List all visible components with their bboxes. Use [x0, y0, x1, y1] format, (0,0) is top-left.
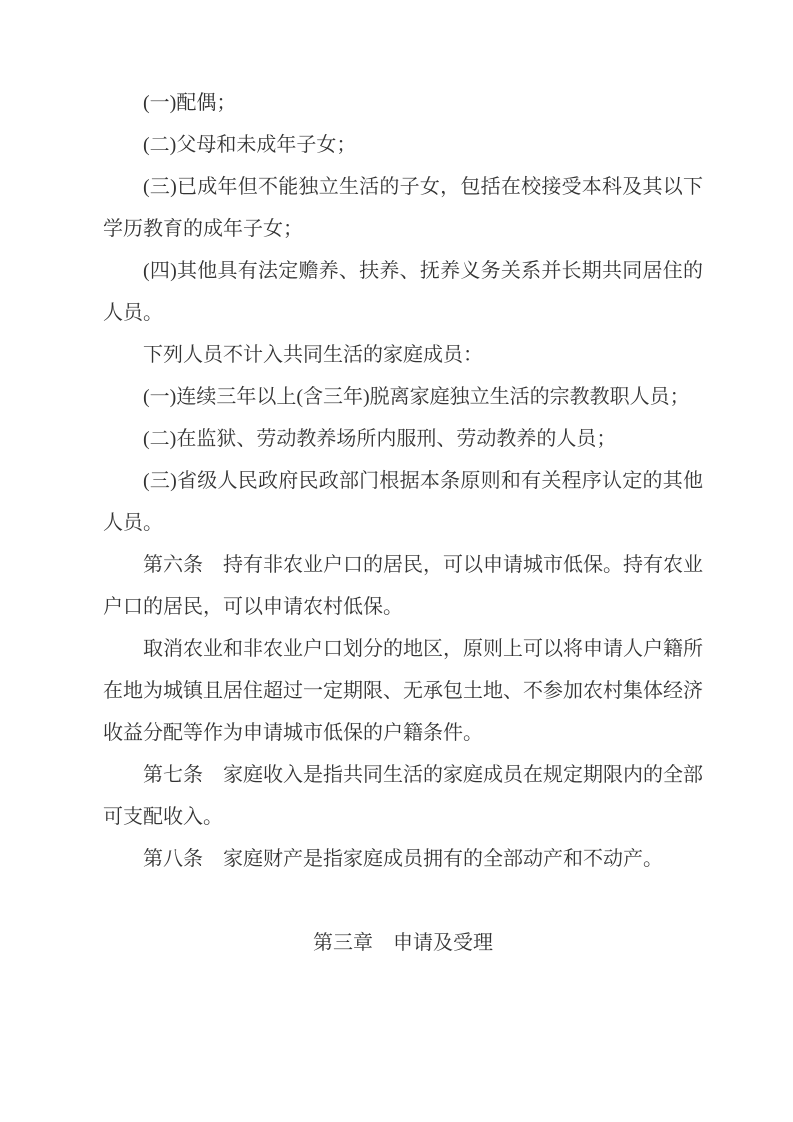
body-paragraph: (二)在监狱、劳动教养场所内服刑、劳动教养的人员；	[103, 418, 703, 460]
body-paragraph: 取消农业和非农业户口划分的地区，原则上可以将申请人户籍所在地为城镇且居住超过一定…	[103, 628, 703, 754]
body-paragraph: (一)配偶；	[103, 82, 703, 124]
document-page: (一)配偶； (二)父母和未成年子女； (三)已成年但不能独立生活的子女，包括在…	[0, 0, 793, 1122]
body-paragraph: (三)省级人民政府民政部门根据本条原则和有关程序认定的其他人员。	[103, 460, 703, 544]
body-paragraph: 第八条 家庭财产是指家庭成员拥有的全部动产和不动产。	[103, 838, 703, 880]
body-paragraph: 第六条 持有非农业户口的居民，可以申请城市低保。持有农业户口的居民，可以申请农村…	[103, 544, 703, 628]
body-paragraph: (三)已成年但不能独立生活的子女，包括在校接受本科及其以下学历教育的成年子女；	[103, 166, 703, 250]
chapter-heading: 第三章 申请及受理	[103, 922, 703, 964]
body-paragraph: (二)父母和未成年子女；	[103, 124, 703, 166]
document-content: (一)配偶； (二)父母和未成年子女； (三)已成年但不能独立生活的子女，包括在…	[103, 82, 703, 964]
body-paragraph: 下列人员不计入共同生活的家庭成员：	[103, 334, 703, 376]
body-paragraph: (一)连续三年以上(含三年)脱离家庭独立生活的宗教教职人员；	[103, 376, 703, 418]
body-paragraph: (四)其他具有法定赡养、扶养、抚养义务关系并长期共同居住的人员。	[103, 250, 703, 334]
body-paragraph: 第七条 家庭收入是指共同生活的家庭成员在规定期限内的全部可支配收入。	[103, 754, 703, 838]
